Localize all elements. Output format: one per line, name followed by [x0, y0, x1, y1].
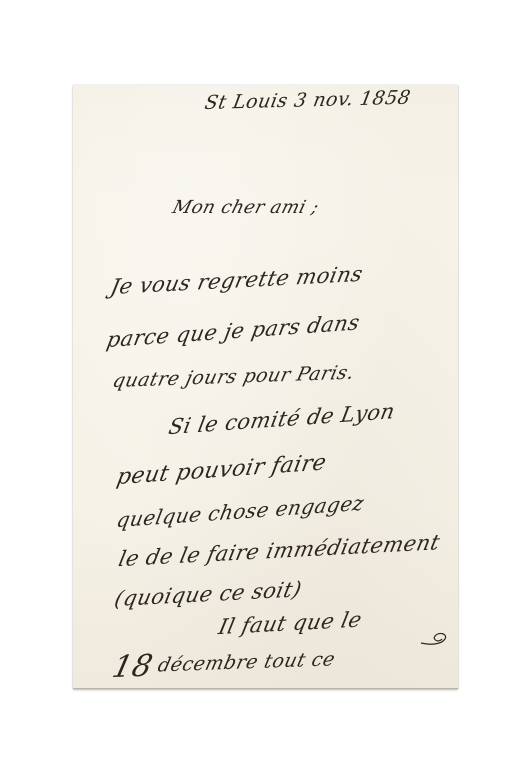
letter-body-line: Je vous regrette moins [108, 262, 365, 299]
letter-sheet: St Louis 3 nov. 1858 Mon cher ami ; Je v… [73, 85, 458, 689]
letter-body-line: (quoique ce soit) [112, 577, 304, 611]
letter-body-line: quatre jours pour Paris. [110, 361, 356, 392]
letter-body-line: Il faut que le [216, 607, 364, 639]
last-line-text: décembre tout ce [156, 648, 338, 676]
letter-date-line: St Louis 3 nov. 1858 [203, 87, 413, 114]
letter-body-line: parce que je pars dans [105, 310, 362, 352]
letter-greeting: Mon cher ami ; [170, 197, 321, 218]
letter-body-line: peut pouvoir faire [115, 450, 329, 490]
ink-flourish-icon [419, 629, 449, 651]
letter-body-line: le de le faire immédiatement [116, 530, 442, 571]
letter-last-line: 18décembre tout ce [109, 642, 339, 685]
letter-body-line: quelque chose engagez [115, 491, 367, 533]
page: St Louis 3 nov. 1858 Mon cher ami ; Je v… [0, 0, 530, 775]
letter-body-line: Si le comité de Lyon [167, 399, 398, 439]
date-number: 18 [109, 648, 156, 685]
